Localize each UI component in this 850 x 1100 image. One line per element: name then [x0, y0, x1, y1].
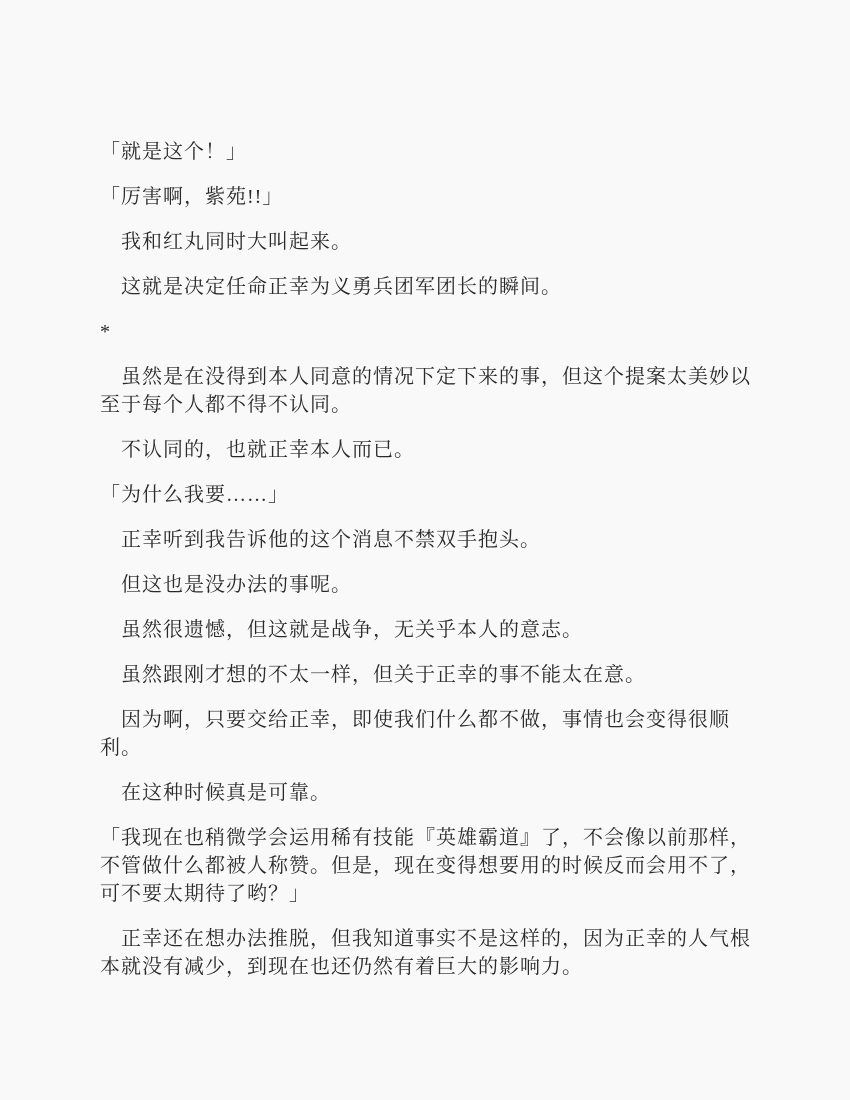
scene-break-marker: * — [100, 318, 780, 346]
narration-paragraph: 因为啊，只要交给正幸，即使我们什么都不做，事情也会变得很顺 利。 — [100, 706, 780, 762]
ebook-reader-background: { "page": { "background_color": "#f9f9f9… — [0, 0, 850, 1100]
dialogue-paragraph: 「就是这个！」 — [100, 138, 780, 166]
novel-text-page: 「就是这个！」 「厉害啊，紫苑!!」 我和红丸同时大叫起来。 这就是决定任命正幸… — [0, 0, 850, 1100]
narration-paragraph: 我和红丸同时大叫起来。 — [100, 228, 780, 256]
dialogue-paragraph: 「为什么我要……」 — [100, 481, 780, 509]
narration-paragraph: 这就是决定任命正幸为义勇兵团军团长的瞬间。 — [100, 273, 780, 301]
narration-paragraph: 但这也是没办法的事呢。 — [100, 571, 780, 599]
narration-paragraph: 在这种时候真是可靠。 — [100, 779, 780, 807]
narration-paragraph: 正幸还在想办法推脱，但我知道事实不是这样的，因为正幸的人气根 本就没有减少，到现… — [100, 925, 780, 981]
dialogue-paragraph: 「厉害啊，紫苑!!」 — [100, 183, 780, 211]
narration-paragraph: 正幸听到我告诉他的这个消息不禁双手抱头。 — [100, 526, 780, 554]
narration-paragraph: 不认同的，也就正幸本人而已。 — [100, 436, 780, 464]
narration-paragraph: 虽然是在没得到本人同意的情况下定下来的事，但这个提案太美妙以 至于每个人都不得不… — [100, 363, 780, 419]
narration-paragraph: 虽然跟刚才想的不太一样，但关于正幸的事不能太在意。 — [100, 661, 780, 689]
dialogue-paragraph: 「我现在也稍微学会运用稀有技能『英雄霸道』了，不会像以前那样， 不管做什么都被人… — [100, 824, 780, 908]
narration-paragraph: 虽然很遗憾，但这就是战争，无关乎本人的意志。 — [100, 616, 780, 644]
